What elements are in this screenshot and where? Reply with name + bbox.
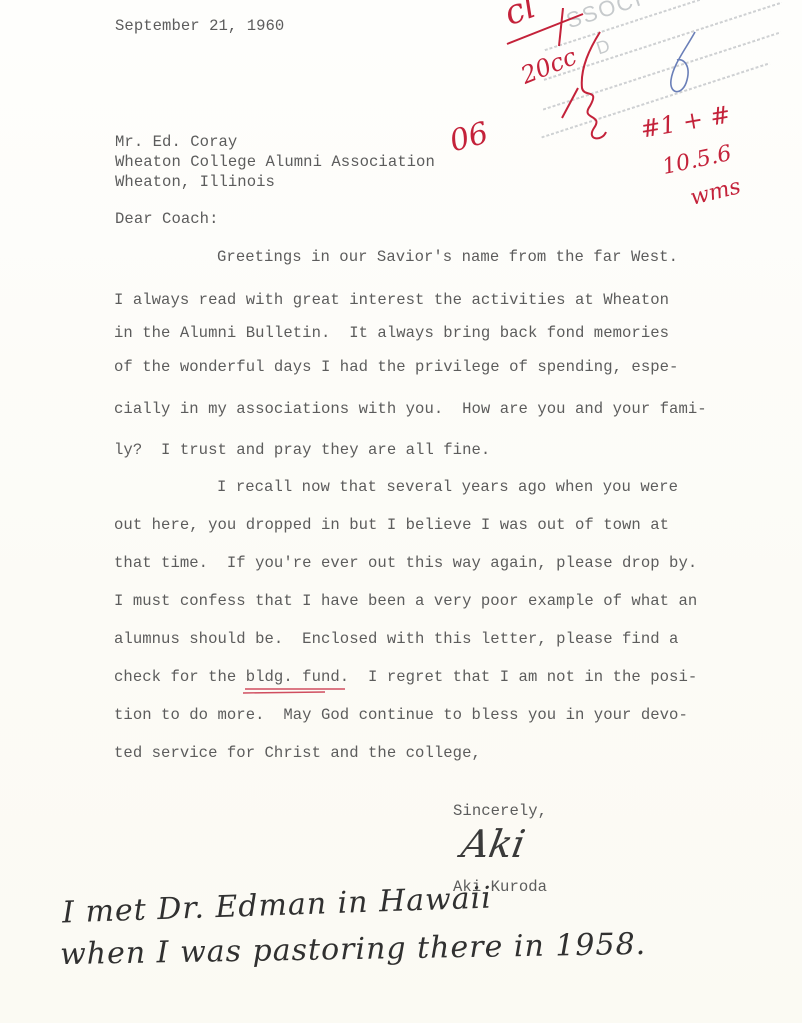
body-line: that time. If you're ever out this way a… bbox=[114, 553, 697, 573]
body-line: in the Alumni Bulletin. It always bring … bbox=[114, 323, 669, 343]
body-line: Greetings in our Savior's name from the … bbox=[217, 247, 678, 267]
recipient-name: Mr. Ed. Coray bbox=[115, 132, 237, 152]
body-line: I must confess that I have been a very p… bbox=[114, 591, 697, 611]
body-line: I always read with great interest the ac… bbox=[114, 290, 669, 310]
body-line: of the wonderful days I had the privileg… bbox=[114, 357, 678, 377]
recipient-location: Wheaton, Illinois bbox=[115, 172, 275, 192]
red-annotation-initials: wms bbox=[688, 174, 744, 211]
closing: Sincerely, bbox=[453, 801, 547, 821]
body-line: ly? I trust and pray they are all fine. bbox=[114, 440, 490, 460]
red-underline bbox=[243, 688, 349, 694]
body-line: tion to do more. May God continue to ble… bbox=[114, 705, 688, 725]
body-line: out here, you dropped in but I believe I… bbox=[114, 515, 669, 535]
handwritten-note-line: I met Dr. Edman in Hawaii bbox=[62, 881, 493, 931]
letter-page: SSOCI D cl 20cc 06 #1 + # 10.5.6 wms Sep… bbox=[0, 0, 802, 1023]
red-annotation-code: 06 bbox=[446, 116, 492, 160]
red-scribble-signature-icon bbox=[560, 28, 620, 148]
handwritten-note-line: when I was pastoring there in 1958. bbox=[60, 927, 647, 972]
body-line: ted service for Christ and the college, bbox=[114, 743, 481, 763]
body-line: alumnus should be. Enclosed with this le… bbox=[114, 629, 678, 649]
body-line: check for the bldg. fund. I regret that … bbox=[114, 667, 697, 687]
body-line: cially in my associations with you. How … bbox=[114, 399, 707, 419]
salutation: Dear Coach: bbox=[115, 209, 219, 229]
handwritten-signature: Aki bbox=[458, 822, 528, 866]
red-annotation-date: 10.5.6 bbox=[660, 141, 734, 180]
letter-date: September 21, 1960 bbox=[115, 16, 284, 36]
blue-pen-mark-icon bbox=[665, 30, 705, 100]
recipient-organization: Wheaton College Alumni Association bbox=[115, 152, 435, 172]
body-line: I recall now that several years ago when… bbox=[217, 477, 678, 497]
